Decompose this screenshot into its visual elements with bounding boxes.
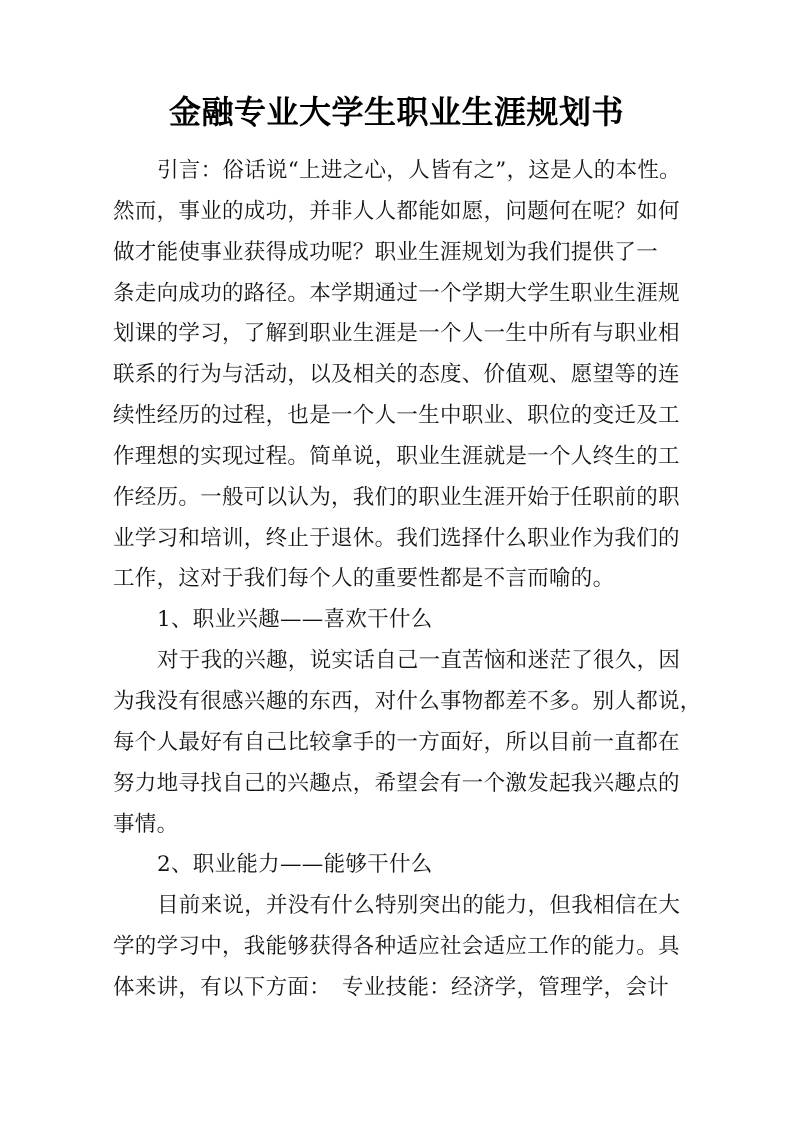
text-line: 为我没有很感兴趣的东西，对什么事物都差不多。别人都说， (113, 682, 685, 723)
text-line: 努力地寻找自己的兴趣点，希望会有一个激发起我兴趣点的 (113, 764, 685, 805)
text-line: 体来讲，有以下方面： 专业技能：经济学，管理学，会计 (113, 968, 685, 1009)
document-body: 引言：俗话说“上进之心，人皆有之”，这是人的本性。然而，事业的成功，并非人人都能… (113, 151, 685, 1009)
text-line: 2、职业能力——能够干什么 (113, 845, 685, 886)
text-line: 然而，事业的成功，并非人人都能如愿，问题何在呢？如何 (113, 192, 685, 233)
text-line: 做才能使事业获得成功呢？职业生涯规划为我们提供了一 (113, 233, 685, 274)
text-line: 作理想的实现过程。简单说，职业生涯就是一个人终生的工 (113, 437, 685, 478)
text-line: 业学习和培训，终止于退休。我们选择什么职业作为我们的 (113, 519, 685, 560)
text-line: 引言：俗话说“上进之心，人皆有之”，这是人的本性。 (113, 151, 685, 192)
text-line: 事情。 (113, 805, 685, 846)
text-line: 对于我的兴趣，说实话自己一直苦恼和迷茫了很久，因 (113, 641, 685, 682)
text-line: 条走向成功的路径。本学期通过一个学期大学生职业生涯规 (113, 274, 685, 315)
text-line: 划课的学习，了解到职业生涯是一个人一生中所有与职业相 (113, 314, 685, 355)
text-line: 目前来说，并没有什么特别突出的能力，但我相信在大 (113, 886, 685, 927)
document-title: 金融专业大学生职业生涯规划书 (0, 86, 793, 138)
document-page: 金融专业大学生职业生涯规划书 引言：俗话说“上进之心，人皆有之”，这是人的本性。… (0, 0, 793, 1122)
text-line: 作经历。一般可以认为，我们的职业生涯开始于任职前的职 (113, 478, 685, 519)
text-line: 联系的行为与活动，以及相关的态度、价值观、愿望等的连 (113, 355, 685, 396)
text-line: 工作，这对于我们每个人的重要性都是不言而喻的。 (113, 559, 685, 600)
text-line: 续性经历的过程，也是一个人一生中职业、职位的变迁及工 (113, 396, 685, 437)
text-line: 1、职业兴趣——喜欢干什么 (113, 600, 685, 641)
text-line: 每个人最好有自己比较拿手的一方面好，所以目前一直都在 (113, 723, 685, 764)
text-line: 学的学习中，我能够获得各种适应社会适应工作的能力。具 (113, 927, 685, 968)
